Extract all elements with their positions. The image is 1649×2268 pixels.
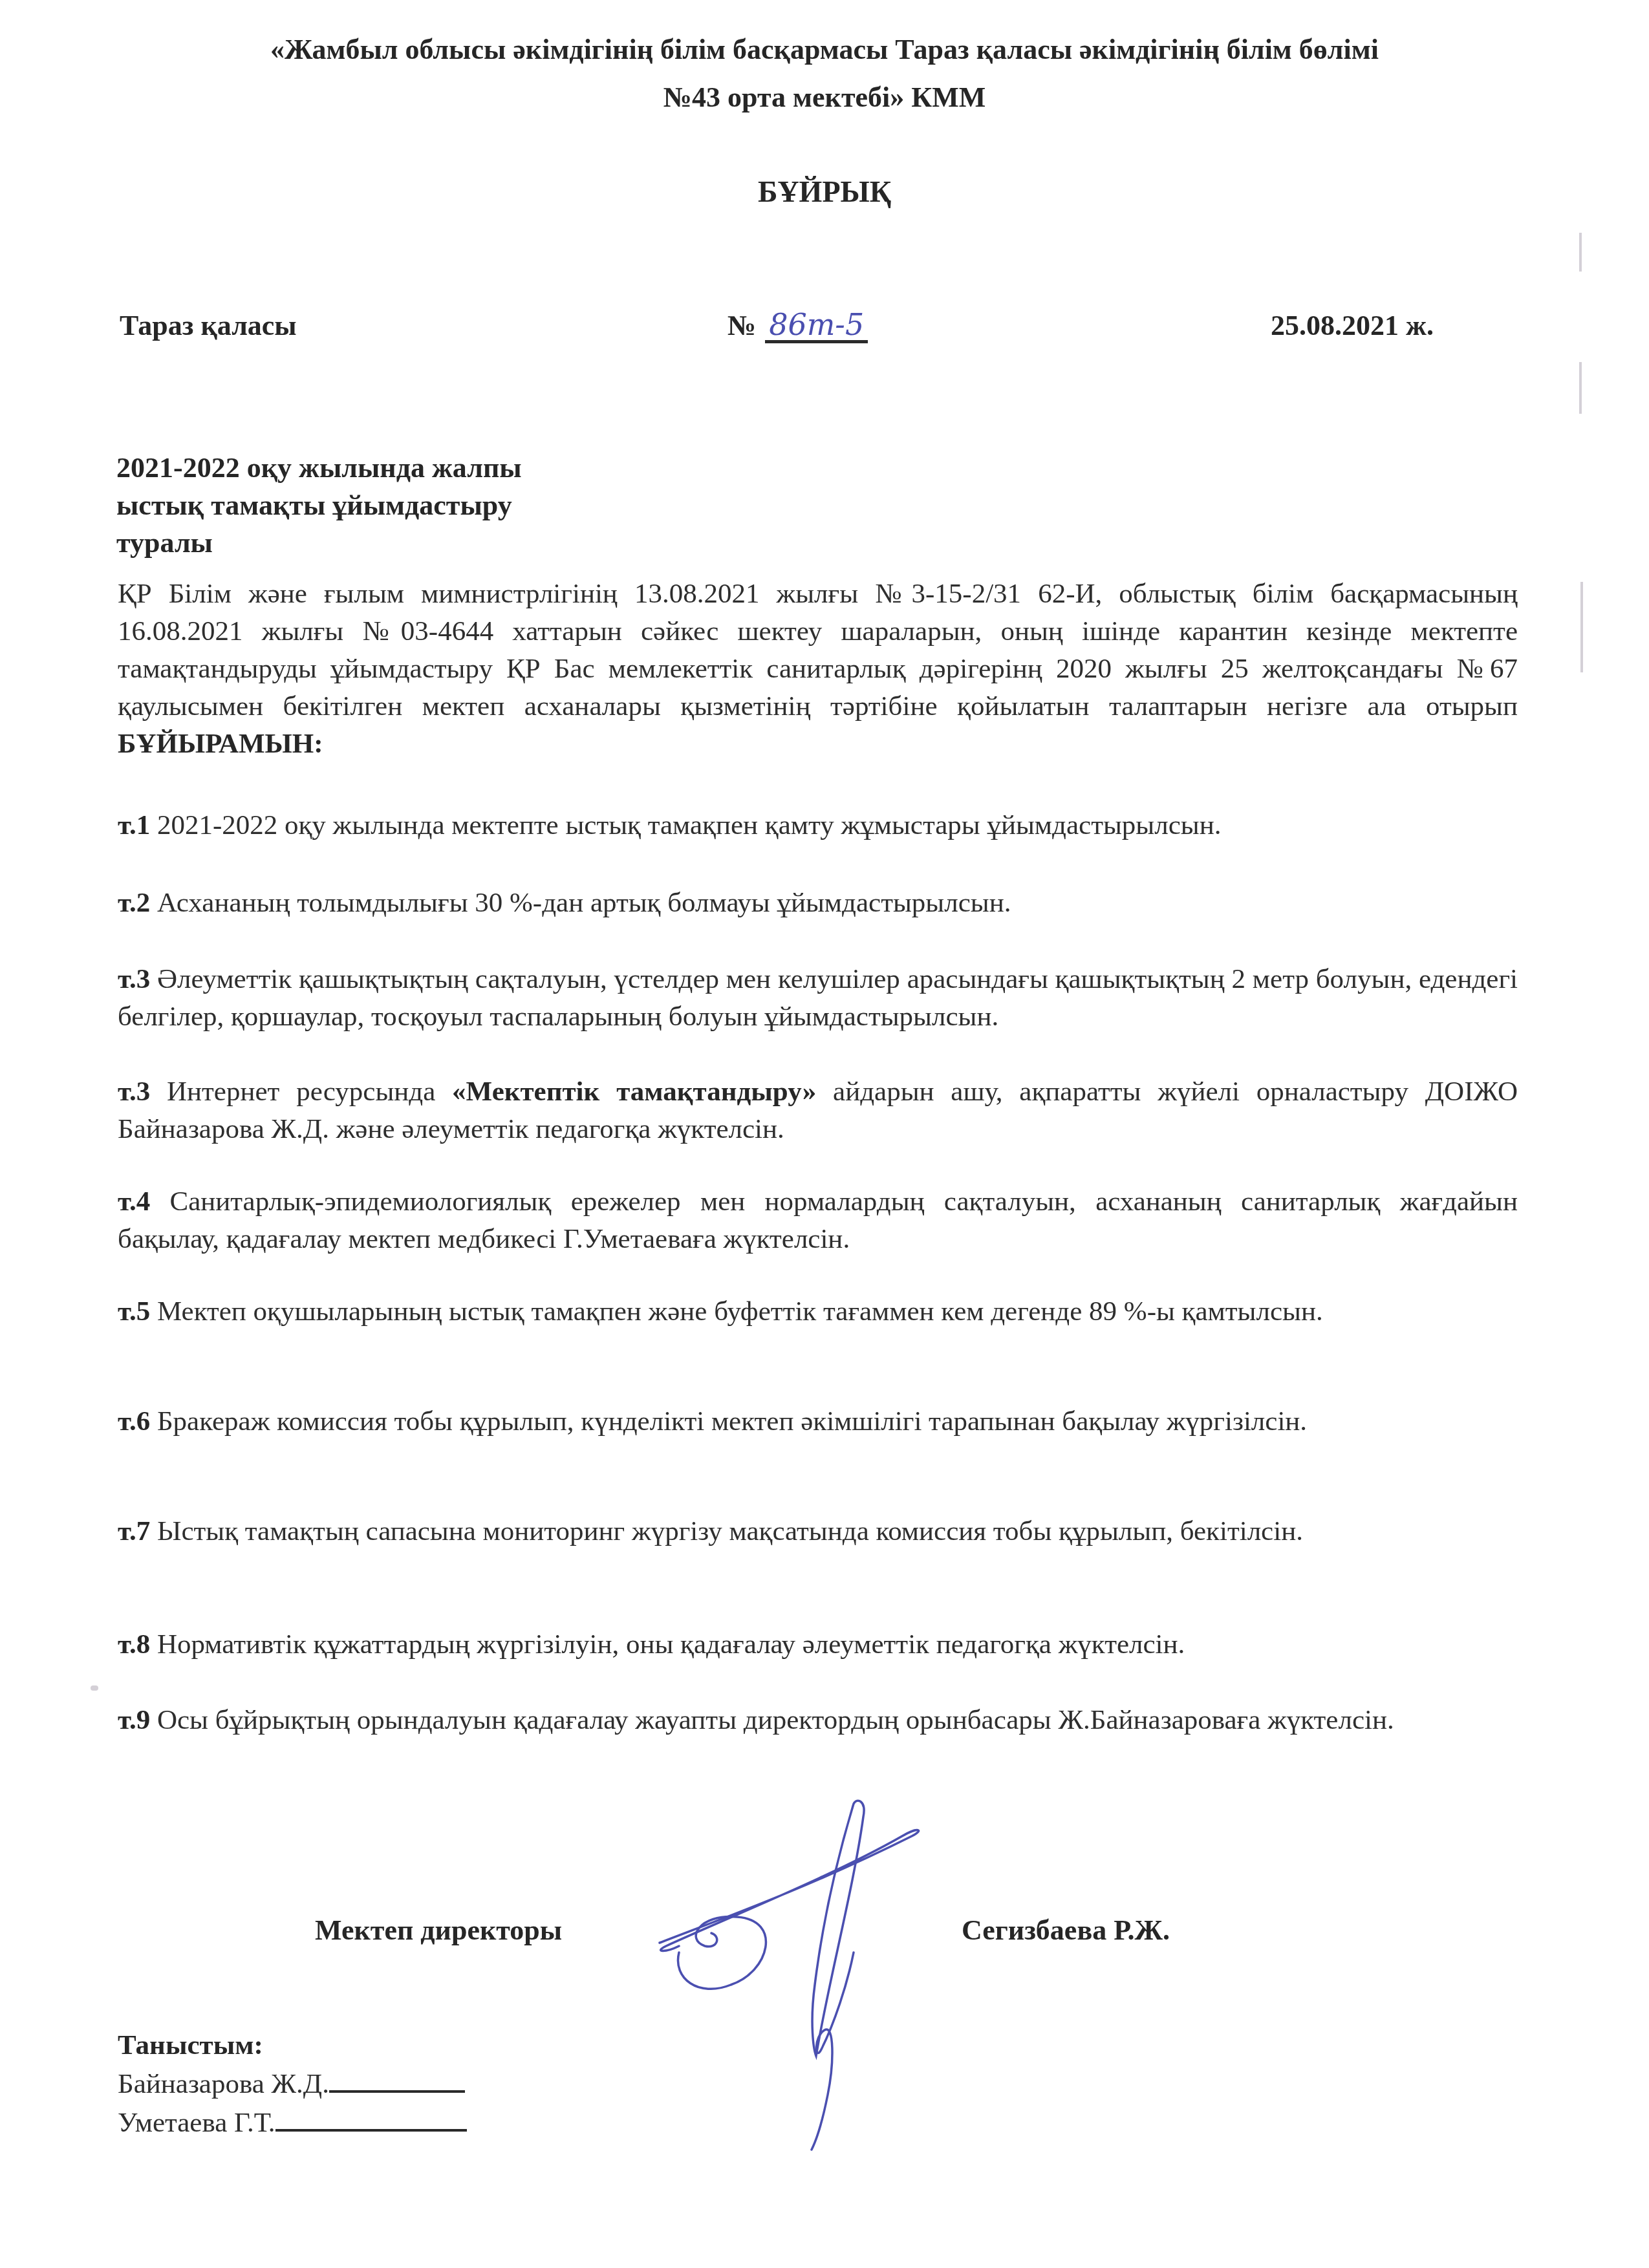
clause-text: Осы бұйрықтың орындалуын қадағалау жауап… — [157, 1705, 1394, 1735]
subject-line-2: ыстық тамақты ұйымдастыру — [116, 487, 634, 524]
clause-1: т.1 2021-2022 оқу жылында мектепте ыстық… — [118, 807, 1518, 844]
order-word: БҰЙЫРАМЫН: — [118, 729, 323, 759]
clause-text: Санитарлық-эпидемиологиялық ережелер мен… — [118, 1186, 1518, 1254]
signature-line — [275, 2103, 467, 2132]
scan-speck — [91, 1685, 98, 1691]
clause-label: т.5 — [118, 1296, 150, 1327]
clause-6: т.6 Бракераж комиссия тобы құрылып, күнд… — [118, 1403, 1518, 1440]
clause-text-before: Интернет ресурсында — [167, 1076, 452, 1107]
order-subject: 2021-2022 оқу жылында жалпы ыстық тамақт… — [116, 449, 634, 562]
handwritten-order-number: 86т-5 — [765, 309, 868, 343]
org-name-line-1: «Жамбыл облысы әкімдігінің білім басқарм… — [129, 26, 1520, 74]
clause-text: Мектеп оқушыларының ыстық тамақпен және … — [157, 1296, 1323, 1327]
clause-label: т.9 — [118, 1705, 150, 1735]
scan-edge-mark — [1580, 582, 1583, 672]
subject-line-1: 2021-2022 оқу жылында жалпы — [116, 449, 634, 487]
clause-text: Асхананың толымдылығы 30 %-дан артық бол… — [157, 888, 1011, 918]
signatory-name: Сегизбаева Р.Ж. — [962, 1914, 1170, 1947]
scan-edge-mark — [1579, 233, 1582, 272]
rubric-name: «Мектептік тамақтандыру» — [452, 1076, 816, 1107]
clause-text: Ыстық тамақтың сапасына мониторинг жүргі… — [157, 1516, 1303, 1546]
clause-9: т.9 Осы бұйрықтың орындалуын қадағалау ж… — [118, 1702, 1518, 1739]
clause-label: т.7 — [118, 1516, 150, 1546]
signatory-position: Мектеп директоры — [315, 1914, 562, 1947]
clause-label: т.3 — [118, 964, 150, 994]
clause-label: т.3 — [118, 1076, 150, 1107]
clause-8: т.8 Нормативтік құжаттардың жүргізілуін,… — [118, 1626, 1518, 1664]
acknowledgement-entry: Байназарова Ж.Д. — [118, 2064, 467, 2103]
acknowledgement-block: Таныстым: Байназарова Ж.Д. Уметаева Г.Т. — [118, 2027, 467, 2142]
clause-label: т.6 — [118, 1406, 150, 1437]
subject-line-3: туралы — [116, 524, 634, 562]
document-type-title: БҰЙРЫҚ — [0, 175, 1649, 209]
number-sign: № — [727, 310, 756, 341]
clause-4: т.4 Санитарлық-эпидемиологиялық ережелер… — [118, 1183, 1518, 1258]
organization-header: «Жамбыл облысы әкімдігінің білім басқарм… — [129, 26, 1520, 122]
acknowledgement-title: Таныстым: — [118, 2027, 467, 2064]
preamble: ҚР Білім және ғылым мимнистрлігінің 13.0… — [118, 575, 1518, 763]
clause-label: т.1 — [118, 810, 150, 840]
signature-line — [329, 2064, 465, 2093]
org-name-line-2: №43 орта мектебі» КММ — [129, 74, 1520, 122]
acknowledgement-entry: Уметаева Г.Т. — [118, 2103, 467, 2142]
acknowledged-person: Уметаева Г.Т. — [118, 2108, 275, 2138]
order-date: 25.08.2021 ж. — [1271, 309, 1434, 342]
clause-2: т.2 Асхананың толымдылығы 30 %-дан артық… — [118, 884, 1518, 922]
clause-7: т.7 Ыстық тамақтың сапасына мониторинг ж… — [118, 1513, 1518, 1550]
clause-3a: т.3 Әлеуметтік қашықтықтың сақталуын, үс… — [118, 961, 1518, 1036]
order-number: №86т-5 — [727, 309, 868, 343]
acknowledged-person: Байназарова Ж.Д. — [118, 2069, 329, 2099]
clause-text: Бракераж комиссия тобы құрылып, күнделік… — [157, 1406, 1307, 1437]
clause-label: т.2 — [118, 888, 150, 918]
clause-5: т.5 Мектеп оқушыларының ыстық тамақпен ж… — [118, 1293, 1518, 1331]
clause-text: Нормативтік құжаттардың жүргізілуін, оны… — [157, 1629, 1185, 1660]
clause-text: 2021-2022 оқу жылында мектепте ыстық там… — [150, 810, 1221, 840]
clause-3b: т.3 Интернет ресурсында «Мектептік тамақ… — [118, 1073, 1518, 1148]
handwritten-signature-icon — [640, 1791, 976, 2153]
clause-label: т.8 — [118, 1629, 150, 1660]
scan-edge-mark — [1579, 362, 1582, 414]
clause-text: Әлеуметтік қашықтықтың сақталуын, үстелд… — [118, 964, 1518, 1032]
clause-label: т.4 — [118, 1186, 150, 1217]
city: Тараз қаласы — [120, 309, 297, 342]
preamble-text: ҚР Білім және ғылым мимнистрлігінің 13.0… — [118, 579, 1518, 722]
